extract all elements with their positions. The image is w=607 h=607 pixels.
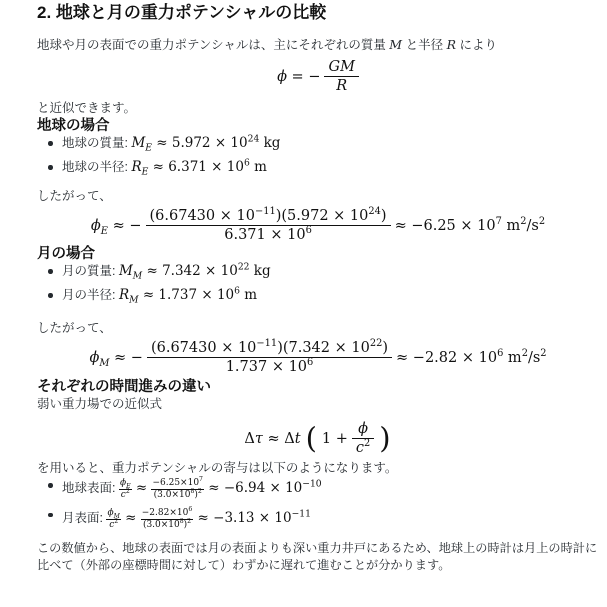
bullet-math: MM ≈ 7.342 × 1022 kg [119,263,271,279]
section-title: 2. 地球と月の重力ポテンシャルの比較 [37,2,599,23]
earth-bullet-list: 地球の質量: ME ≈ 5.972 × 1024 kg 地球の半径: RE ≈ … [37,135,599,176]
bullet-result: ≈ −6.94 × 10−10 [204,480,322,496]
bullet-label: 地球表面: [62,481,119,495]
fraction-numerator: (6.67430 × 10−11)(5.972 × 1024) [146,208,391,225]
fraction-numerator: −2.82×106 [141,508,193,519]
fraction-numerator: ϕ [352,421,374,438]
ratio-bullet-list: 地球表面: ϕEc2 ≈ −6.25×107(3.0×108)2 ≈ −6.94… [37,477,599,530]
fraction-denominator: (3.0×108)2 [151,489,203,501]
fraction-denominator: 6.371 × 106 [146,225,391,243]
paragraph-use: を用いると、重力ポテンシャルの寄与は以下のようになります。 [37,460,599,477]
fraction-numerator: (6.67430 × 10−11)(7.342 × 1022) [147,340,392,357]
bullet-result: ≈ −3.13 × 10−11 [193,510,311,526]
approx-symbol: ≈ [132,480,152,496]
close-paren: ) [379,425,390,451]
heading-moon-case: 月の場合 [37,245,599,263]
fraction-denominator: 1.737 × 106 [147,357,392,375]
formula-potential-definition: ϕ = −GMR [37,59,599,94]
list-item-earth-mass: 地球の質量: ME ≈ 5.972 × 1024 kg [37,135,599,152]
bullet-math: RM ≈ 1.737 × 106 m [119,287,257,303]
list-item-moon-radius: 月の半径: RM ≈ 1.737 × 106 m [37,287,599,304]
formula-rhs: ≈ −6.25 × 107 m2/s2 [395,218,546,234]
bullet-math: RE ≈ 6.371 × 106 m [131,159,266,175]
list-item-earth-radius: 地球の半径: RE ≈ 6.371 × 106 m [37,159,599,176]
fraction-numerator: −6.25×107 [151,478,203,489]
fraction: (6.67430 × 10−11)(7.342 × 1022)1.737 × 1… [147,340,392,375]
fraction-denominator: R [324,76,358,94]
inline-fraction: ϕEc2 [119,478,132,501]
bullet-label: 月の質量: [62,264,119,278]
document: 2. 地球と月の重力ポテンシャルの比較 地球や月の表面での重力ポテンシャルは、主… [0,0,607,607]
formula-rhs: ≈ −2.82 × 106 m2/s2 [396,350,547,366]
heading-earth-case: 地球の場合 [37,117,599,135]
fraction-numerator: GM [324,59,358,76]
paragraph-therefore-2: したがって、 [37,320,599,337]
inline-fraction: −6.25×107(3.0×108)2 [151,478,203,501]
formula-term: 1 + [322,431,348,447]
inline-fraction: −2.82×106(3.0×108)2 [141,508,193,531]
paragraph-approx: と近似できます。 [37,100,599,117]
inline-fraction: ϕMc2 [106,508,120,531]
fraction: (6.67430 × 10−11)(5.972 × 1024)6.371 × 1… [146,208,391,243]
heading-time-difference: それぞれの時間進みの違い [37,378,599,396]
formula-lhs: ϕE ≈ − [91,218,142,234]
formula-earth-potential: ϕE ≈ −(6.67430 × 10−11)(5.972 × 1024)6.3… [37,208,599,243]
bullet-label: 月の半径: [62,288,119,302]
formula-moon-potential: ϕM ≈ −(6.67430 × 10−11)(7.342 × 1022)1.7… [37,340,599,375]
bullet-label: 地球の質量: [62,136,131,150]
list-item-moon-surface: 月表面: ϕMc2 ≈ −2.82×106(3.0×108)2 ≈ −3.13 … [37,507,599,531]
paragraph-conclusion: この数値から、地球の表面では月の表面よりも深い重力井戸にあるため、地球上の時計は… [37,540,599,574]
fraction-denominator: (3.0×108)2 [141,519,193,531]
list-item-moon-mass: 月の質量: MM ≈ 7.342 × 1022 kg [37,263,599,280]
bullet-label: 月表面: [62,511,106,525]
fraction: ϕc2 [352,421,374,456]
approx-symbol: ≈ [121,510,141,526]
fraction-denominator: c2 [106,519,120,531]
bullet-label: 地球の半径: [62,160,131,174]
formula-lhs: ϕ = − [277,69,320,85]
list-item-earth-surface: 地球表面: ϕEc2 ≈ −6.25×107(3.0×108)2 ≈ −6.94… [37,477,599,501]
bullet-math: ME ≈ 5.972 × 1024 kg [131,135,280,151]
fraction-denominator: c2 [119,489,132,501]
fraction-denominator: c2 [352,438,374,456]
paragraph-intro: 地球や月の表面での重力ポテンシャルは、主にそれぞれの質量 M と半径 R により [37,36,599,54]
moon-bullet-list: 月の質量: MM ≈ 7.342 × 1022 kg 月の半径: RM ≈ 1.… [37,263,599,304]
paragraph-therefore-1: したがって、 [37,188,599,205]
open-paren: ( [306,425,317,451]
fraction: GMR [324,59,358,94]
formula-time-dilation: Δτ ≈ Δt(1 +ϕc2) [37,421,599,456]
formula-lhs: Δτ ≈ Δt [244,431,300,447]
formula-lhs: ϕM ≈ − [89,350,143,366]
paragraph-weak-field: 弱い重力場での近似式 [37,396,599,413]
